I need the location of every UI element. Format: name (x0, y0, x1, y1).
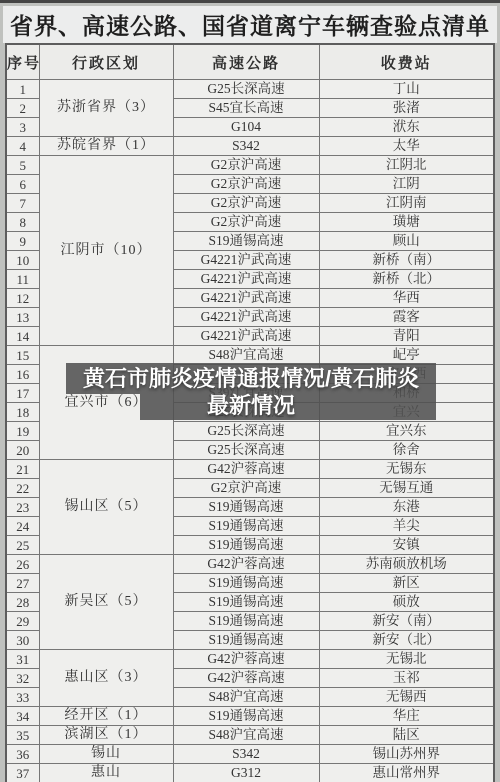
toll-station-cell: 徐舍 (319, 441, 494, 460)
row-number-cell: 30 (6, 631, 39, 650)
highway-cell: G2京沪高速 (173, 213, 319, 232)
row-number-cell: 19 (6, 422, 39, 441)
row-number-cell: 9 (6, 232, 39, 251)
row-number-cell: 37 (6, 764, 39, 782)
table-row: 21锡山区（5）G42沪蓉高速无锡东 (6, 460, 494, 479)
table-row: 37惠山G312惠山常州界 (6, 764, 494, 782)
toll-station-cell: 屺亭 (319, 346, 494, 365)
highway-cell: G2京沪高速 (173, 194, 319, 213)
highway-cell: S19通锡高速 (173, 517, 319, 536)
row-number-cell: 34 (6, 707, 39, 726)
toll-station-cell: 江阴南 (319, 194, 494, 213)
toll-station-cell: 丁山 (319, 80, 494, 99)
highway-cell: S48沪宜高速 (173, 688, 319, 707)
table-row: 34经开区（1）S19通锡高速华庄 (6, 707, 494, 726)
row-number-cell: 22 (6, 479, 39, 498)
row-number-cell: 24 (6, 517, 39, 536)
toll-station-cell: 陆区 (319, 726, 494, 745)
toll-station-cell: 锡山苏州界 (319, 745, 494, 764)
district-cell: 宜兴市（6） (39, 346, 173, 460)
row-number-cell: 26 (6, 555, 39, 574)
table-row: 31惠山区（3）G42沪蓉高速无锡北 (6, 650, 494, 669)
district-cell: 苏皖省界（1） (39, 137, 173, 156)
district-cell: 惠山 (39, 764, 173, 782)
row-number-cell: 14 (6, 327, 39, 346)
highway-cell: S19通锡高速 (173, 593, 319, 612)
toll-station-cell: 华西 (319, 289, 494, 308)
title-bar: 省界、高速公路、国省道离宁车辆查验点清单 (3, 6, 497, 43)
page-title: 省界、高速公路、国省道离宁车辆查验点清单 (10, 8, 490, 41)
highway-cell: G42沪蓉高速 (173, 555, 319, 574)
toll-station-cell: 新区 (319, 574, 494, 593)
toll-station-cell: 苏南硕放机场 (319, 555, 494, 574)
row-number-cell: 31 (6, 650, 39, 669)
highway-cell: S19通锡高速 (173, 631, 319, 650)
highway-cell: S342 (173, 137, 319, 156)
highway-cell: G4221沪武高速 (173, 251, 319, 270)
column-header-2: 高速公路 (173, 44, 319, 80)
highway-cell: S19通锡高速 (173, 498, 319, 517)
highway-cell: G4221沪武高速 (173, 289, 319, 308)
toll-station-cell: 江阴北 (319, 156, 494, 175)
district-cell: 锡山区（5） (39, 460, 173, 555)
table-row: 26新吴区（5）G42沪蓉高速苏南硕放机场 (6, 555, 494, 574)
table-row: 5江阴市（10）G2京沪高速江阴北 (6, 156, 494, 175)
row-number-cell: 1 (6, 80, 39, 99)
row-number-cell: 5 (6, 156, 39, 175)
toll-station-cell: 玉祁 (319, 669, 494, 688)
toll-station-cell: 华庄 (319, 707, 494, 726)
row-number-cell: 13 (6, 308, 39, 327)
row-number-cell: 21 (6, 460, 39, 479)
row-number-cell: 33 (6, 688, 39, 707)
toll-station-cell: 无锡互通 (319, 479, 494, 498)
table-row: 36锡山S342锡山苏州界 (6, 745, 494, 764)
row-number-cell: 7 (6, 194, 39, 213)
highway-cell: G25长深高速 (173, 422, 319, 441)
toll-station-cell: 宜兴西 (319, 365, 494, 384)
highway-cell: S19通锡高速 (173, 536, 319, 555)
toll-station-cell: 安镇 (319, 536, 494, 555)
toll-station-cell: 无锡西 (319, 688, 494, 707)
table-row: 4苏皖省界（1）S342太华 (6, 137, 494, 156)
highway-cell: S48沪宜高速 (173, 726, 319, 745)
toll-station-cell: 璜塘 (319, 213, 494, 232)
toll-station-cell: 无锡东 (319, 460, 494, 479)
highway-cell: G4221沪武高速 (173, 327, 319, 346)
highway-cell (173, 365, 319, 384)
district-cell: 江阴市（10） (39, 156, 173, 346)
row-number-cell: 35 (6, 726, 39, 745)
row-number-cell: 17 (6, 384, 39, 403)
highway-cell: G2京沪高速 (173, 479, 319, 498)
toll-station-cell: 霞客 (319, 308, 494, 327)
toll-station-cell: 新安（北） (319, 631, 494, 650)
toll-station-cell: 江阴 (319, 175, 494, 194)
row-number-cell: 28 (6, 593, 39, 612)
row-number-cell: 36 (6, 745, 39, 764)
checkpoint-table: 序号行政区划高速公路收费站 1苏浙省界（3）G25长深高速丁山2S45宜长高速张… (5, 43, 495, 782)
row-number-cell: 8 (6, 213, 39, 232)
row-number-cell: 3 (6, 118, 39, 137)
table-header: 序号行政区划高速公路收费站 (6, 44, 494, 80)
row-number-cell: 32 (6, 669, 39, 688)
highway-cell: G42沪蓉高速 (173, 460, 319, 479)
toll-station-cell: 无锡北 (319, 650, 494, 669)
row-number-cell: 18 (6, 403, 39, 422)
toll-station-cell: 洑东 (319, 118, 494, 137)
document-page: 省界、高速公路、国省道离宁车辆查验点清单 序号行政区划高速公路收费站 1苏浙省界… (0, 0, 500, 782)
toll-station-cell: 新桥（南） (319, 251, 494, 270)
column-header-0: 序号 (6, 44, 39, 80)
checkpoint-table-body: 1苏浙省界（3）G25长深高速丁山2S45宜长高速张渚3G104洑东4苏皖省界（… (6, 80, 494, 782)
highway-cell: S45宜长高速 (173, 99, 319, 118)
toll-station-cell: 张渚 (319, 99, 494, 118)
district-cell: 惠山区（3） (39, 650, 173, 707)
toll-station-cell: 东港 (319, 498, 494, 517)
highway-cell: G4221沪武高速 (173, 270, 319, 289)
highway-cell: G42沪蓉高速 (173, 650, 319, 669)
highway-cell: S19通锡高速 (173, 232, 319, 251)
highway-cell: G25长深高速 (173, 80, 319, 99)
row-number-cell: 27 (6, 574, 39, 593)
row-number-cell: 23 (6, 498, 39, 517)
toll-station-cell: 青阳 (319, 327, 494, 346)
toll-station-cell: 硕放 (319, 593, 494, 612)
column-header-1: 行政区划 (39, 44, 173, 80)
row-number-cell: 29 (6, 612, 39, 631)
row-number-cell: 6 (6, 175, 39, 194)
table-row: 1苏浙省界（3）G25长深高速丁山 (6, 80, 494, 99)
toll-station-cell: 和桥 (319, 384, 494, 403)
highway-cell: S342 (173, 745, 319, 764)
toll-station-cell: 顾山 (319, 232, 494, 251)
row-number-cell: 25 (6, 536, 39, 555)
toll-station-cell: 宜兴 (319, 403, 494, 422)
highway-cell: G312 (173, 764, 319, 782)
highway-cell: G42沪蓉高速 (173, 669, 319, 688)
toll-station-cell: 惠山常州界 (319, 764, 494, 782)
row-number-cell: 10 (6, 251, 39, 270)
row-number-cell: 15 (6, 346, 39, 365)
toll-station-cell: 太华 (319, 137, 494, 156)
highway-cell: G25长深高速 (173, 441, 319, 460)
row-number-cell: 2 (6, 99, 39, 118)
highway-cell: S48沪宜高速 (173, 346, 319, 365)
district-cell: 滨湖区（1） (39, 726, 173, 745)
table-row: 35滨湖区（1）S48沪宜高速陆区 (6, 726, 494, 745)
highway-cell: G25长深高速 (173, 403, 319, 422)
highway-cell: S19通锡高速 (173, 612, 319, 631)
district-cell: 苏浙省界（3） (39, 80, 173, 137)
toll-station-cell: 宜兴东 (319, 422, 494, 441)
row-number-cell: 16 (6, 365, 39, 384)
row-number-cell: 11 (6, 270, 39, 289)
highway-cell: G2京沪高速 (173, 175, 319, 194)
table-row: 15宜兴市（6）S48沪宜高速屺亭 (6, 346, 494, 365)
toll-station-cell: 羊尖 (319, 517, 494, 536)
row-number-cell: 12 (6, 289, 39, 308)
row-number-cell: 4 (6, 137, 39, 156)
highway-cell: G2京沪高速 (173, 156, 319, 175)
district-cell: 锡山 (39, 745, 173, 764)
district-cell: 经开区（1） (39, 707, 173, 726)
column-header-3: 收费站 (319, 44, 494, 80)
row-number-cell: 20 (6, 441, 39, 460)
highway-cell: S19通锡高速 (173, 574, 319, 593)
highway-cell: S39江宜高速 (173, 384, 319, 403)
checkpoint-table-container: 序号行政区划高速公路收费站 1苏浙省界（3）G25长深高速丁山2S45宜长高速张… (5, 43, 493, 782)
header-row: 序号行政区划高速公路收费站 (6, 44, 494, 80)
highway-cell: G104 (173, 118, 319, 137)
toll-station-cell: 新桥（北） (319, 270, 494, 289)
district-cell: 新吴区（5） (39, 555, 173, 650)
highway-cell: G4221沪武高速 (173, 308, 319, 327)
toll-station-cell: 新安（南） (319, 612, 494, 631)
highway-cell: S19通锡高速 (173, 707, 319, 726)
